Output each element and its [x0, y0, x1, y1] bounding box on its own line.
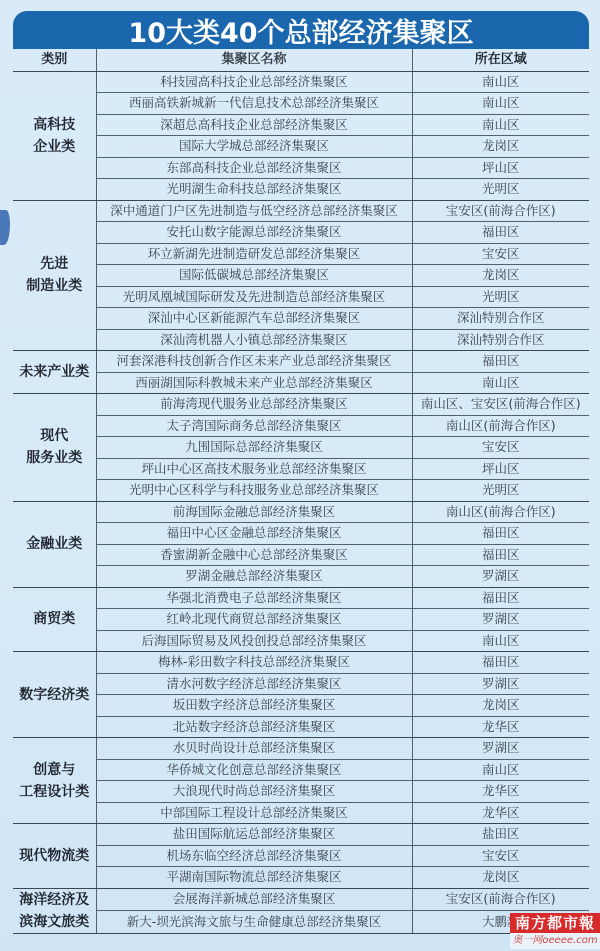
table-row: 大浪现代时尚总部经济集聚区龙华区 — [13, 781, 589, 803]
region-cell: 宝安区 — [412, 243, 589, 265]
cluster-name-cell: 罗湖金融总部经济集聚区 — [96, 566, 412, 588]
table-row: 坪山中心区高技术服务业总部经济集聚区坪山区 — [13, 458, 589, 480]
category-cell: 高科技企业类 — [13, 71, 96, 200]
region-cell: 光明区 — [412, 179, 589, 201]
table-row: 深超总高科技企业总部经济集聚区南山区 — [13, 114, 589, 136]
region-cell: 南山区、宝安区(前海合作区) — [412, 394, 589, 416]
category-label-line: 商贸类 — [13, 608, 96, 630]
cluster-name-cell: 国际大学城总部经济集聚区 — [96, 136, 412, 158]
category-label-line: 海洋经济及 — [13, 889, 96, 911]
cluster-name-cell: 红岭北现代商贸总部经济集聚区 — [96, 609, 412, 631]
cluster-name-cell: 深超总高科技企业总部经济集聚区 — [96, 114, 412, 136]
category-label-line: 未来产业类 — [13, 361, 96, 383]
clusters-table: 类别 集聚区名称 所在区域 高科技企业类科技园高科技企业总部经济集聚区南山区西丽… — [13, 49, 589, 934]
cluster-name-cell: 机场东临空经济总部经济集聚区 — [96, 845, 412, 867]
cluster-name-cell: 坪山中心区高技术服务业总部经济集聚区 — [96, 458, 412, 480]
region-cell: 龙岗区 — [412, 265, 589, 287]
region-cell: 宝安区(前海合作区) — [412, 888, 589, 911]
cluster-name-cell: 北站数字经济总部经济集聚区 — [96, 716, 412, 738]
cluster-name-cell: 国际低碳城总部经济集聚区 — [96, 265, 412, 287]
cluster-name-cell: 深汕中心区新能源汽车总部经济集聚区 — [96, 308, 412, 330]
cluster-name-cell: 科技园高科技企业总部经济集聚区 — [96, 71, 412, 93]
region-cell: 福田区 — [412, 544, 589, 566]
infographic-table-container: 10大类40个总部经济集聚区 类别 集聚区名称 所在区域 高科技企业类科技园高科… — [13, 11, 589, 934]
cluster-name-cell: 深中通道门户区先进制造与低空经济总部经济集聚区 — [96, 200, 412, 222]
cluster-name-cell: 华强北消费电子总部经济集聚区 — [96, 587, 412, 609]
category-label-line: 创意与 — [13, 759, 96, 781]
region-cell: 罗湖区 — [412, 738, 589, 760]
cluster-name-cell: 会展海洋新城总部经济集聚区 — [96, 888, 412, 911]
cluster-name-cell: 新大-坝光滨海文旅与生命健康总部经济集聚区 — [96, 911, 412, 934]
region-cell: 南山区 — [412, 71, 589, 93]
cluster-name-cell: 华侨城文化创意总部经济集聚区 — [96, 759, 412, 781]
category-cell: 金融业类 — [13, 501, 96, 587]
cluster-name-cell: 前海国际金融总部经济集聚区 — [96, 501, 412, 523]
table-row: 创意与工程设计类水贝时尚设计总部经济集聚区罗湖区 — [13, 738, 589, 760]
cluster-name-cell: 九围国际总部经济集聚区 — [96, 437, 412, 459]
table-row: 九围国际总部经济集聚区宝安区 — [13, 437, 589, 459]
watermark-logo: 南方都市報 奥一网oeeee.com — [510, 913, 600, 951]
table-row: 高科技企业类科技园高科技企业总部经济集聚区南山区 — [13, 71, 589, 93]
table-row: 清水河数字经济总部经济集聚区罗湖区 — [13, 673, 589, 695]
region-cell: 福田区 — [412, 222, 589, 244]
table-row: 东部高科技企业总部经济集聚区坪山区 — [13, 157, 589, 179]
table-row: 光明凤凰城国际研发及先进制造总部经济集聚区光明区 — [13, 286, 589, 308]
header-name: 集聚区名称 — [96, 49, 412, 71]
region-cell: 南山区 — [412, 93, 589, 115]
table-row: 红岭北现代商贸总部经济集聚区罗湖区 — [13, 609, 589, 631]
category-cell: 先进制造业类 — [13, 200, 96, 351]
region-cell: 罗湖区 — [412, 566, 589, 588]
cluster-name-cell: 平湖南国际物流总部经济集聚区 — [96, 867, 412, 889]
table-row: 光明中心区科学与科技服务业总部经济集聚区光明区 — [13, 480, 589, 502]
cluster-name-cell: 前海湾现代服务业总部经济集聚区 — [96, 394, 412, 416]
category-cell: 数字经济类 — [13, 652, 96, 738]
table-row: 海洋经济及滨海文旅类会展海洋新城总部经济集聚区宝安区(前海合作区) — [13, 888, 589, 911]
cluster-name-cell: 清水河数字经济总部经济集聚区 — [96, 673, 412, 695]
region-cell: 南山区(前海合作区) — [412, 501, 589, 523]
region-cell: 福田区 — [412, 523, 589, 545]
table-row: 平湖南国际物流总部经济集聚区龙岗区 — [13, 867, 589, 889]
region-cell: 坪山区 — [412, 157, 589, 179]
region-cell: 光明区 — [412, 480, 589, 502]
cluster-name-cell: 安托山数字能源总部经济集聚区 — [96, 222, 412, 244]
cluster-name-cell: 光明凤凰城国际研发及先进制造总部经济集聚区 — [96, 286, 412, 308]
category-cell: 未来产业类 — [13, 351, 96, 394]
table-row: 新大-坝光滨海文旅与生命健康总部经济集聚区大鹏新 — [13, 911, 589, 934]
cluster-name-cell: 河套深港科技创新合作区未来产业总部经济集聚区 — [96, 351, 412, 373]
table-row: 国际大学城总部经济集聚区龙岗区 — [13, 136, 589, 158]
table-header-row: 类别 集聚区名称 所在区域 — [13, 49, 589, 71]
region-cell: 南山区(前海合作区) — [412, 415, 589, 437]
region-cell: 南山区 — [412, 372, 589, 394]
cluster-name-cell: 光明中心区科学与科技服务业总部经济集聚区 — [96, 480, 412, 502]
table-row: 坂田数字经济总部经济集聚区龙岗区 — [13, 695, 589, 717]
table-row: 太子湾国际商务总部经济集聚区南山区(前海合作区) — [13, 415, 589, 437]
cluster-name-cell: 环立新湖先进制造研发总部经济集聚区 — [96, 243, 412, 265]
table-row: 罗湖金融总部经济集聚区罗湖区 — [13, 566, 589, 588]
page-title: 10大类40个总部经济集聚区 — [13, 11, 589, 49]
region-cell: 南山区 — [412, 630, 589, 652]
category-label-line: 现代 — [13, 425, 96, 447]
region-cell: 罗湖区 — [412, 609, 589, 631]
cluster-name-cell: 香蜜湖新金融中心总部经济集聚区 — [96, 544, 412, 566]
table-row: 现代服务业类前海湾现代服务业总部经济集聚区南山区、宝安区(前海合作区) — [13, 394, 589, 416]
category-label-line: 金融业类 — [13, 533, 96, 555]
table-row: 现代物流类盐田国际航运总部经济集聚区盐田区 — [13, 824, 589, 846]
region-cell: 福田区 — [412, 587, 589, 609]
region-cell: 罗湖区 — [412, 673, 589, 695]
region-cell: 龙华区 — [412, 802, 589, 824]
table-row: 深汕中心区新能源汽车总部经济集聚区深汕特别合作区 — [13, 308, 589, 330]
region-cell: 盐田区 — [412, 824, 589, 846]
table-row: 北站数字经济总部经济集聚区龙华区 — [13, 716, 589, 738]
cluster-name-cell: 西丽高铁新城新一代信息技术总部经济集聚区 — [96, 93, 412, 115]
region-cell: 龙岗区 — [412, 867, 589, 889]
cluster-name-cell: 坂田数字经济总部经济集聚区 — [96, 695, 412, 717]
table-row: 中部国际工程设计总部经济集聚区龙华区 — [13, 802, 589, 824]
cluster-name-cell: 光明湖生命科技总部经济集聚区 — [96, 179, 412, 201]
category-label-line: 工程设计类 — [13, 781, 96, 803]
decorative-shape — [0, 210, 10, 245]
category-label-line: 服务业类 — [13, 447, 96, 469]
cluster-name-cell: 深汕湾机器人小镇总部经济集聚区 — [96, 329, 412, 351]
cluster-name-cell: 后海国际贸易及风投创投总部经济集聚区 — [96, 630, 412, 652]
category-cell: 海洋经济及滨海文旅类 — [13, 888, 96, 933]
category-label-line: 高科技 — [13, 114, 96, 136]
table-row: 未来产业类河套深港科技创新合作区未来产业总部经济集聚区福田区 — [13, 351, 589, 373]
cluster-name-cell: 福田中心区金融总部经济集聚区 — [96, 523, 412, 545]
table-row: 金融业类前海国际金融总部经济集聚区南山区(前海合作区) — [13, 501, 589, 523]
category-label-line: 制造业类 — [13, 275, 96, 297]
table-row: 华侨城文化创意总部经济集聚区南山区 — [13, 759, 589, 781]
table-row: 环立新湖先进制造研发总部经济集聚区宝安区 — [13, 243, 589, 265]
category-label-line: 滨海文旅类 — [13, 911, 96, 933]
region-cell: 南山区 — [412, 759, 589, 781]
watermark-brand: 南方都市報 — [510, 913, 600, 933]
cluster-name-cell: 梅林-彩田数字科技总部经济集聚区 — [96, 652, 412, 674]
cluster-name-cell: 西丽湖国际科教城未来产业总部经济集聚区 — [96, 372, 412, 394]
category-cell: 商贸类 — [13, 587, 96, 652]
region-cell: 福田区 — [412, 351, 589, 373]
region-cell: 坪山区 — [412, 458, 589, 480]
region-cell: 龙华区 — [412, 781, 589, 803]
table-row: 福田中心区金融总部经济集聚区福田区 — [13, 523, 589, 545]
watermark-site: 奥一网oeeee.com — [510, 933, 600, 949]
table-row: 西丽湖国际科教城未来产业总部经济集聚区南山区 — [13, 372, 589, 394]
table-body: 高科技企业类科技园高科技企业总部经济集聚区南山区西丽高铁新城新一代信息技术总部经… — [13, 71, 589, 933]
category-cell: 创意与工程设计类 — [13, 738, 96, 824]
category-cell: 现代服务业类 — [13, 394, 96, 502]
region-cell: 南山区 — [412, 114, 589, 136]
category-label-line: 企业类 — [13, 136, 96, 158]
cluster-name-cell: 东部高科技企业总部经济集聚区 — [96, 157, 412, 179]
table-row: 数字经济类梅林-彩田数字科技总部经济集聚区福田区 — [13, 652, 589, 674]
table-row: 国际低碳城总部经济集聚区龙岗区 — [13, 265, 589, 287]
category-label-line: 先进 — [13, 253, 96, 275]
table-row: 香蜜湖新金融中心总部经济集聚区福田区 — [13, 544, 589, 566]
cluster-name-cell: 水贝时尚设计总部经济集聚区 — [96, 738, 412, 760]
region-cell: 宝安区 — [412, 437, 589, 459]
region-cell: 福田区 — [412, 652, 589, 674]
region-cell: 龙岗区 — [412, 695, 589, 717]
table-row: 机场东临空经济总部经济集聚区宝安区 — [13, 845, 589, 867]
category-cell: 现代物流类 — [13, 824, 96, 889]
region-cell: 深汕特别合作区 — [412, 329, 589, 351]
region-cell: 宝安区 — [412, 845, 589, 867]
region-cell: 宝安区(前海合作区) — [412, 200, 589, 222]
cluster-name-cell: 中部国际工程设计总部经济集聚区 — [96, 802, 412, 824]
header-category: 类别 — [13, 49, 96, 71]
header-region: 所在区域 — [412, 49, 589, 71]
cluster-name-cell: 太子湾国际商务总部经济集聚区 — [96, 415, 412, 437]
cluster-name-cell: 盐田国际航运总部经济集聚区 — [96, 824, 412, 846]
table-row: 先进制造业类深中通道门户区先进制造与低空经济总部经济集聚区宝安区(前海合作区) — [13, 200, 589, 222]
table-row: 西丽高铁新城新一代信息技术总部经济集聚区南山区 — [13, 93, 589, 115]
table-row: 后海国际贸易及风投创投总部经济集聚区南山区 — [13, 630, 589, 652]
region-cell: 龙华区 — [412, 716, 589, 738]
category-label-line: 数字经济类 — [13, 684, 96, 706]
region-cell: 龙岗区 — [412, 136, 589, 158]
category-label-line: 现代物流类 — [13, 845, 96, 867]
table-row: 安托山数字能源总部经济集聚区福田区 — [13, 222, 589, 244]
cluster-name-cell: 大浪现代时尚总部经济集聚区 — [96, 781, 412, 803]
region-cell: 深汕特别合作区 — [412, 308, 589, 330]
table-row: 深汕湾机器人小镇总部经济集聚区深汕特别合作区 — [13, 329, 589, 351]
region-cell: 光明区 — [412, 286, 589, 308]
table-row: 商贸类华强北消费电子总部经济集聚区福田区 — [13, 587, 589, 609]
table-row: 光明湖生命科技总部经济集聚区光明区 — [13, 179, 589, 201]
